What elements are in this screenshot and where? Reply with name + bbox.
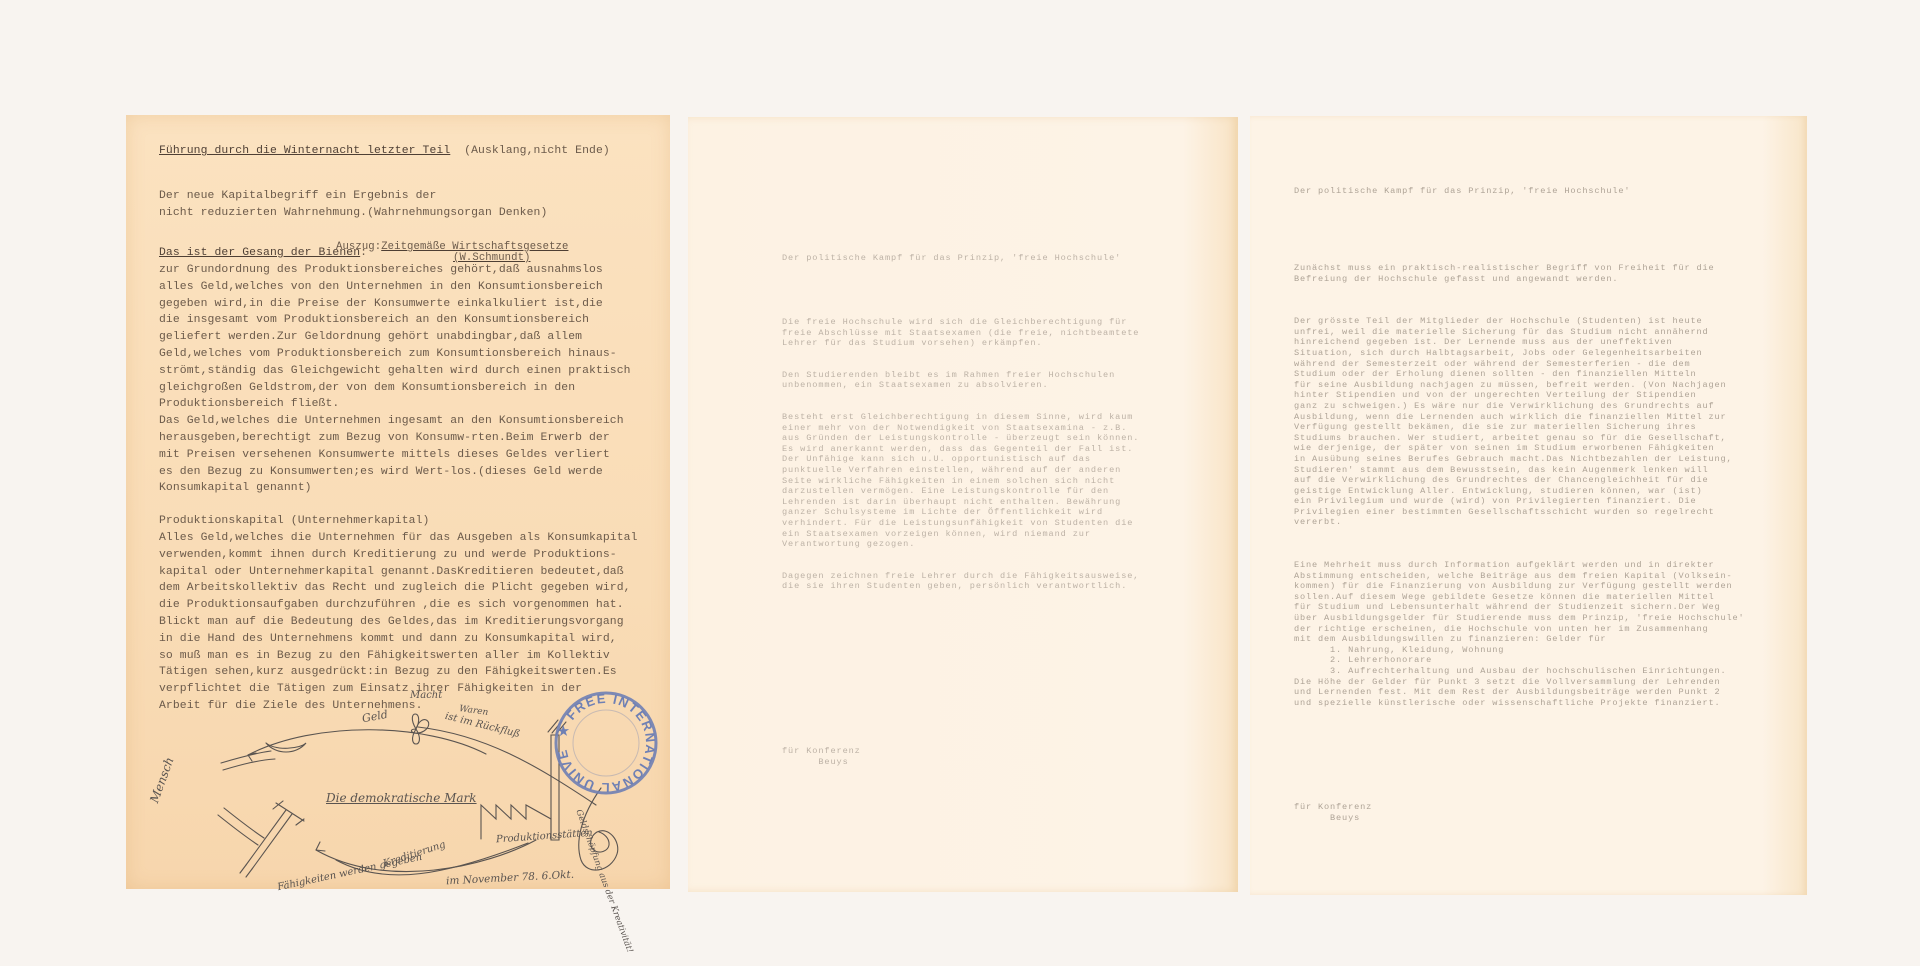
paragraph: Den Studierenden bleibt es im Rahmen fre…	[782, 370, 1139, 391]
typed-line: auf die Verwirklichung des Grundrechtes …	[1294, 475, 1745, 486]
typed-line: Abstimmung entscheiden, welche Beiträge …	[1294, 571, 1745, 582]
typed-line: für seine Ausbildung nachjagen zu müssen…	[1294, 380, 1745, 391]
typed-line: der richtige erscheinen, die Hochschule …	[1294, 624, 1745, 635]
typed-line: 1. Nahrung, Kleidung, Wohnung	[1294, 645, 1745, 656]
typed-line: über Ausbildungsgelder für Studierende m…	[1294, 613, 1745, 624]
typed-line: Verfügung gestellt bekämen, die sie zur …	[1294, 422, 1745, 433]
label-macht: Macht	[410, 690, 442, 701]
hand-drawn-diagram: ★ FREE INTERNATIONAL UNIVERSITY	[126, 115, 670, 889]
typed-line: Situation, sich durch Halbtagsarbeit, Jo…	[1294, 348, 1745, 359]
typed-line: wie derjenige, der später von seinen im …	[1294, 443, 1745, 454]
typed-line: und spezielle künstlerische oder wissens…	[1294, 698, 1745, 709]
doc2-title: Der politische Kampf für das Prinzip, 'f…	[782, 253, 1121, 264]
typed-line: Die freie Hochschule wird sich die Gleic…	[782, 317, 1139, 328]
typed-line: Eine Mehrheit muss durch Information auf…	[1294, 560, 1745, 571]
typed-line: Seite wirkliche Fähigkeiten in einem sol…	[782, 476, 1139, 487]
typed-line: einer mehr von der Notwendigkeit von Sta…	[782, 423, 1139, 434]
signature-name: Beuys	[1294, 813, 1372, 824]
typed-line: sollen.Auf diesem Wege gebildete Gesetze…	[1294, 592, 1745, 603]
typed-line: 3. Aufrechterhaltung und Ausbau der hoch…	[1294, 666, 1745, 677]
typed-line: mit dem Ausbildungswillen zu finanzieren…	[1294, 634, 1745, 645]
svg-text:★ FREE INTERNATIONAL UNIVERSIT: ★ FREE INTERNATIONAL UNIVERSITY	[121, 103, 659, 795]
typed-line: geistige Entwicklung Aller. Entwicklung,…	[1294, 486, 1745, 497]
typed-line: unfrei, weil die materielle Sicherung fü…	[1294, 327, 1745, 338]
typed-line: aus Gründen der Leistungskontrolle - übe…	[782, 433, 1139, 444]
typed-letter-page-2: Der politische Kampf für das Prinzip, 'f…	[688, 117, 1238, 892]
typed-line: kommen) für die Finanzierung von Ausbild…	[1294, 581, 1745, 592]
paragraph: Der grösste Teil der Mitglieder der Hoch…	[1294, 316, 1745, 528]
typed-line: Es wird anerkannt werden, dass das Gegen…	[782, 444, 1139, 455]
typed-line: Der grösste Teil der Mitglieder der Hoch…	[1294, 316, 1745, 327]
doc3-title: Der politische Kampf für das Prinzip, 'f…	[1294, 186, 1630, 197]
typed-line: in Ausübung seines Berufes Gebrauch mach…	[1294, 454, 1745, 465]
typed-line: Studiums brauchen. Wer studiert, arbeite…	[1294, 433, 1745, 444]
typed-line: die sie ihren Studenten geben, persönlic…	[782, 581, 1139, 592]
typed-line: vererbt.	[1294, 517, 1745, 528]
typed-line: verhindert. Für die Leistungsunfähigkeit…	[782, 518, 1139, 529]
typed-line: Studieren' stammt aus dem Bewusstsein, d…	[1294, 465, 1745, 476]
typed-line: ein Staatsexamen vorzeigen können, wird …	[782, 529, 1139, 540]
typed-line: Zunächst muss ein praktisch-realistische…	[1294, 263, 1745, 274]
typed-line: Besteht erst Gleichberechtigung in diese…	[782, 412, 1139, 423]
label-demokratische-mark: Die demokratische Mark	[326, 791, 477, 805]
paragraph: Besteht erst Gleichberechtigung in diese…	[782, 412, 1139, 550]
typed-line: ein Privilegium und wurde (wird) von Pri…	[1294, 496, 1745, 507]
free-international-university-stamp: ★ FREE INTERNATIONAL UNIVERSITY	[121, 103, 659, 795]
signature-name: Beuys	[782, 757, 861, 768]
typed-line: unbenommen, ein Staatsexamen zu absolvie…	[782, 380, 1139, 391]
typed-line: Verantwortung gezogen.	[782, 539, 1139, 550]
typed-line: Lehrer für das Studium vorsehen) erkämpf…	[782, 338, 1139, 349]
typed-line: während der Semesterzeit oder während de…	[1294, 359, 1745, 370]
typed-line: Befreiung der Hochschule gefasst und ang…	[1294, 274, 1745, 285]
typed-line: für Studium und Lebensunterhalt während …	[1294, 602, 1745, 613]
signature-line: für Konferenz	[1294, 802, 1372, 813]
doc3-signature: für Konferenz Beuys	[1294, 802, 1372, 823]
doc3-body: Zunächst muss ein praktisch-realistische…	[1294, 263, 1745, 740]
typed-line: ganz zu schweigen.) Es wäre nur die Verw…	[1294, 401, 1745, 412]
paragraph: Zunächst muss ein praktisch-realistische…	[1294, 263, 1745, 284]
typed-letter-page-3: Der politische Kampf für das Prinzip, 'f…	[1250, 116, 1807, 895]
typed-line: Studium oder der Erholung dienen sollten…	[1294, 369, 1745, 380]
typed-letter-page-1: Führung durch die Winternacht letzter Te…	[126, 115, 670, 889]
doc2-body: Die freie Hochschule wird sich die Gleic…	[782, 317, 1139, 613]
typed-line: Ausbildung, wenn die Lernenden auch wirk…	[1294, 412, 1745, 423]
typed-line: Dagegen zeichnen freie Lehrer durch die …	[782, 571, 1139, 582]
typed-line: Lehrenden ist darin überhaupt nicht enth…	[782, 497, 1139, 508]
typed-line: hinter Stipendien und von der ungerechte…	[1294, 390, 1745, 401]
typed-line: Den Studierenden bleibt es im Rahmen fre…	[782, 370, 1139, 381]
typed-line: punktuelle Verfahren einstellen, während…	[782, 465, 1139, 476]
typed-line: freie Abschlüsse mit Staatsexamen (die f…	[782, 328, 1139, 339]
doc2-signature: für Konferenz Beuys	[782, 746, 861, 767]
typed-line: Die Höhe der Gelder für Punkt 3 setzt di…	[1294, 677, 1745, 688]
paragraph: Dagegen zeichnen freie Lehrer durch die …	[782, 571, 1139, 592]
signature-line: für Konferenz	[782, 746, 861, 757]
typed-line: darzustellen vermögen. Eine Leistungskon…	[782, 486, 1139, 497]
typed-line: ganzer Schulsysteme im Lichte der Öffent…	[782, 507, 1139, 518]
typed-line: Der Unfähige kann sich u.U. opportunisti…	[782, 454, 1139, 465]
paragraph: Eine Mehrheit muss durch Information auf…	[1294, 560, 1745, 708]
typed-line: hinreichend gegeben ist. Der Lernende mu…	[1294, 337, 1745, 348]
typed-line: Privilegien einer bestimmten Gesellschaf…	[1294, 507, 1745, 518]
typed-line: 2. Lehrerhonorare	[1294, 655, 1745, 666]
typed-line: und Lernenden fest. Mit dem Rest der Aus…	[1294, 687, 1745, 698]
paragraph: Die freie Hochschule wird sich die Gleic…	[782, 317, 1139, 349]
